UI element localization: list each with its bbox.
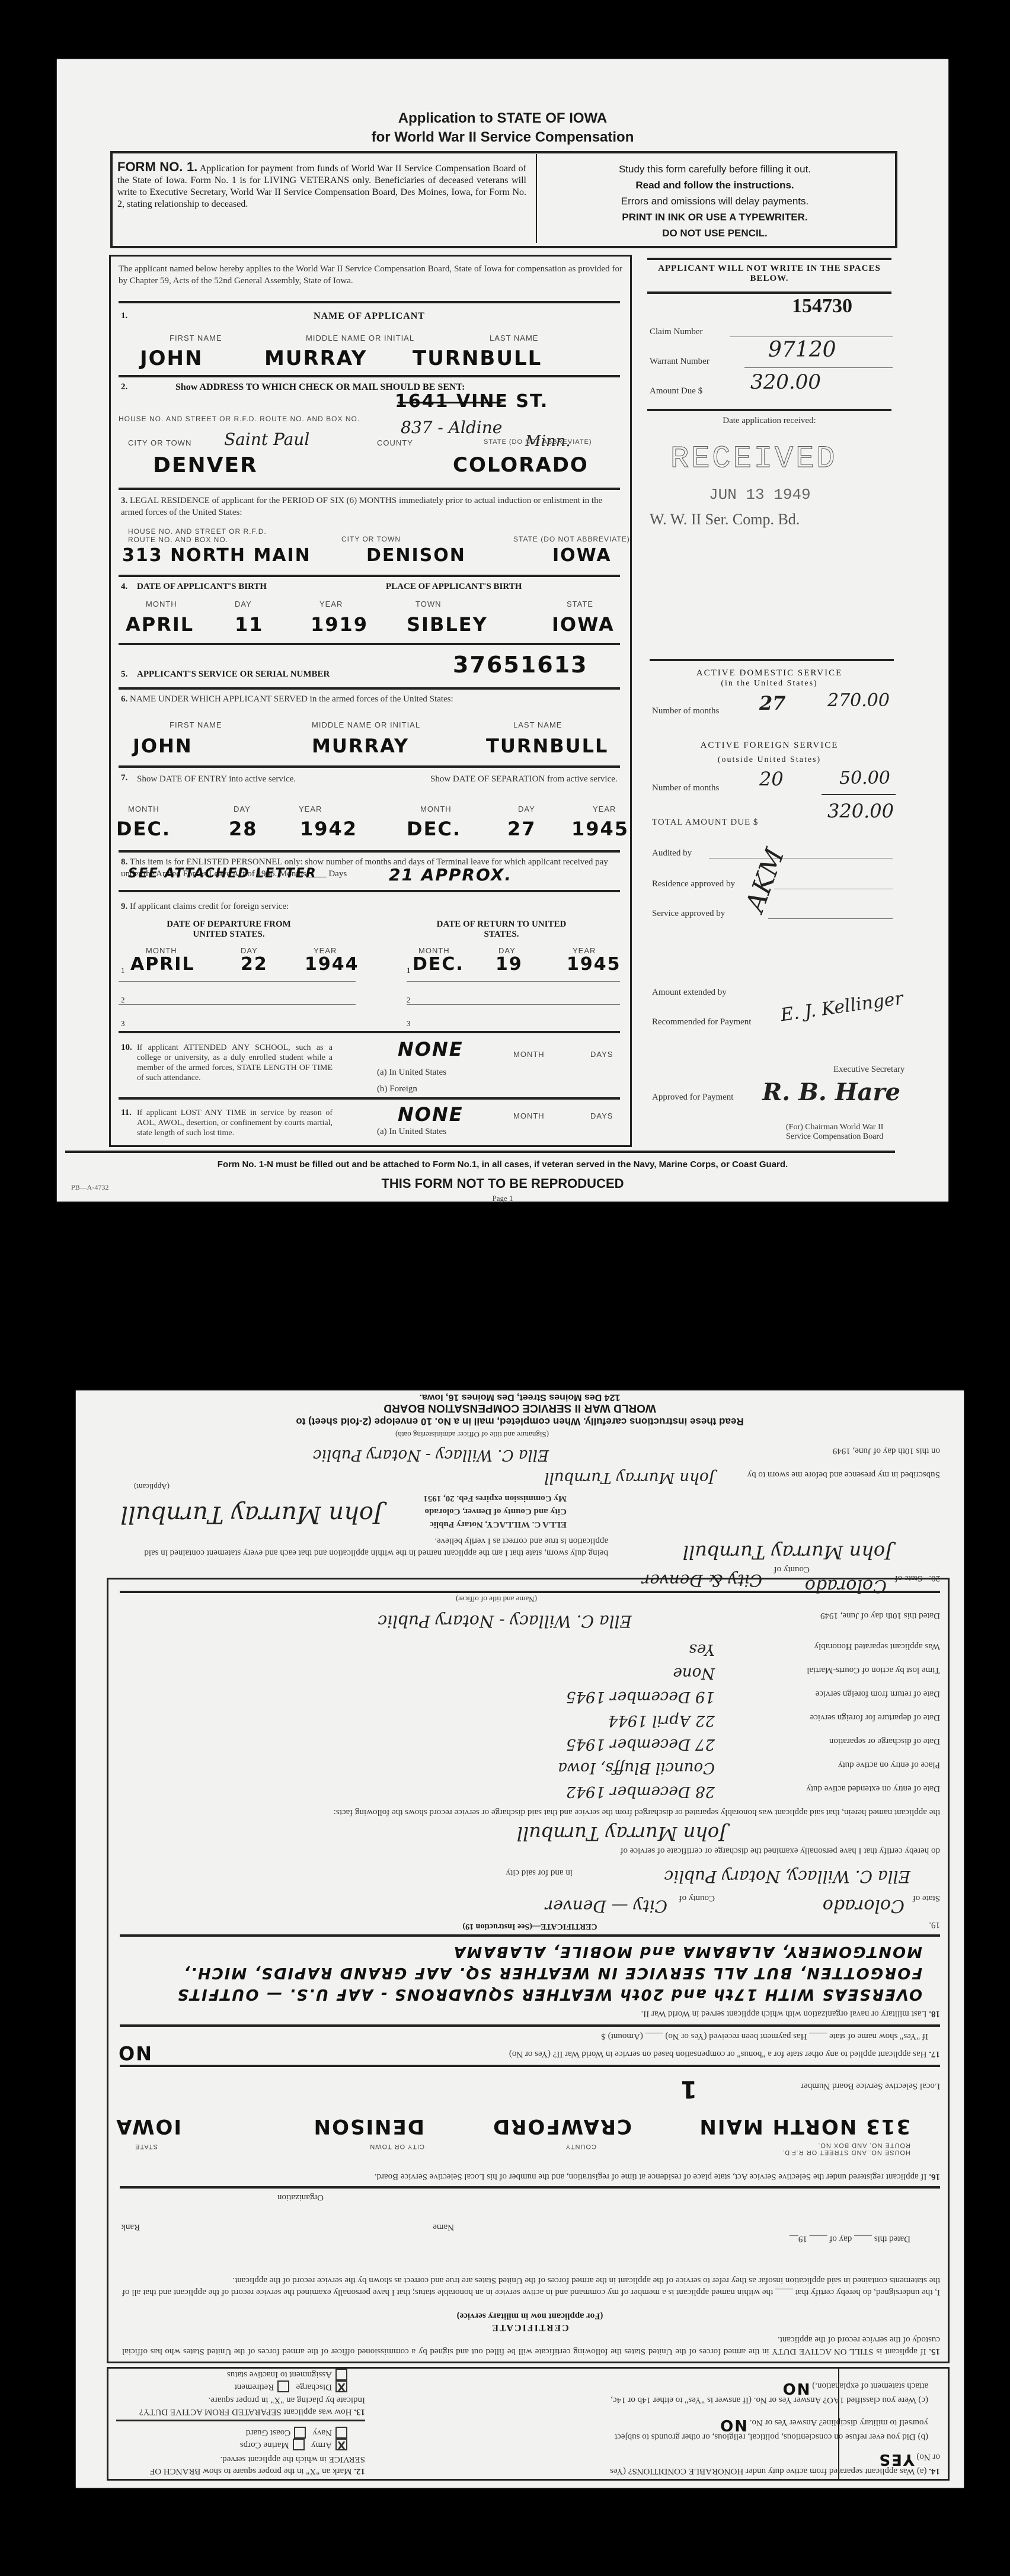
s19-dated: Dated this 10th day of June, 1949 [820,1610,940,1622]
section-14b: (b) Did you ever refuse on conscientious… [608,2417,928,2443]
branch-options: XArmy Marine Corps Navy Coast Guard [240,2427,347,2451]
divider [119,575,620,577]
section-heading: NAME OF APPLICANT [119,311,620,322]
instruction-line: Study this form carefully before filling… [543,161,887,177]
underline [774,889,893,889]
section-heading: NAME UNDER WHICH APPLICANT SERVED in the… [130,694,453,704]
s19-officer-signature: Ella C. Willacy - Notary Public [378,1611,632,1631]
total-label: TOTAL AMOUNT DUE $ [652,816,758,828]
form-number: FORM NO. 1. [117,159,197,174]
section-text: If applicant ATTENDED ANY SCHOOL, such a… [137,1043,333,1083]
field-label: TOWN [415,600,441,608]
section-text: If applicant is STILL ON ACTIVE DUTY in … [122,2335,940,2356]
other-state-value: NO [117,2042,152,2064]
fact-label: Date of return from foreign service [816,1689,940,1699]
section-number: 16. [929,2172,940,2181]
divider [647,291,891,294]
section-number: 2. [121,382,127,392]
received-stamp: RECEIVED [670,441,838,476]
fact-row: Date of return from foreign service19 De… [122,1676,940,1700]
fact-value: 19 December 1945 [566,1688,715,1706]
divider [119,1097,620,1100]
field-label: MONTH [128,805,159,813]
s20-state-value: Colorado [805,1575,887,1596]
field-label: State of [913,1892,940,1904]
divider [119,1031,620,1033]
separation-options: XDischarge Retirement Assignment to Inac… [227,2369,347,2393]
underline [119,981,356,982]
divider [119,687,620,690]
audited-label: Audited by [652,847,692,859]
field-label: LAST NAME [490,334,538,342]
applicant-signature: John Murray Turnbull [120,1501,383,1528]
birth-day: 11 [235,613,264,636]
section-heading: LEGAL RESIDENCE of applicant for the PER… [121,496,602,517]
field-label: COUNTY [565,2143,596,2150]
registration-state: IOWA [115,2114,181,2138]
organization-label: Organization [277,2191,324,2203]
departure-heading: DATE OF DEPARTURE FROM UNITED STATES. [152,919,306,940]
subscribed-name: John Murray Turnbull [544,1469,715,1486]
instruction-line: PRINT IN INK OR USE A TYPEWRITER. [543,209,887,225]
last-organization-value: OVERSEAS WITH 17th and 20th WEATHER SQUA… [122,1941,922,2005]
field-label: MIDDLE NAME OR INITIAL [306,334,414,342]
section-12: 12. Mark an "X" in the proper square to … [116,2453,365,2477]
total-value: 320.00 [827,800,894,822]
entry-year: 1942 [300,818,357,840]
service-first-name: JOHN [133,735,193,757]
subscribed-text: Subscribed in my presence and before me … [747,1469,940,1481]
section-number: 18. [929,2009,940,2018]
field-label: FIRST NAME [170,720,222,729]
s19-sig-label: (Name and title of officer) [456,1593,537,1605]
notary-line: ELLA C. WILLACY, Notary Public [423,1518,567,1531]
mail-instructions: Read these instructions carefully. When … [76,1415,964,1427]
section-number: 6. [121,694,127,704]
form-intro: FORM NO. 1. Application for payment from… [117,161,526,210]
navy-checkbox[interactable] [335,2427,347,2439]
return-month: DEC. [413,954,464,975]
cert-text: I, the undersigned, do hereby certify th… [122,2274,940,2298]
divider [119,850,620,853]
divider [120,2024,940,2027]
mail-city-value: DENVER [153,453,258,478]
divider [120,2065,940,2067]
field-label: HOUSE NO. AND STREET OR R.F.D. ROUTE NO.… [756,2142,910,2156]
divider [119,488,620,490]
divider [119,890,620,892]
first-name-value: JOHN [140,347,203,370]
divider [119,375,620,377]
divider [120,1934,940,1937]
departure-year: 1944 [305,954,359,975]
separation-year: 1945 [571,818,629,840]
fact-value: 28 December 1942 [566,1783,715,1800]
approved-signature: R. B. Hare [762,1078,900,1106]
section-number: 3. [121,496,127,505]
claim-number-value: 154730 [792,295,852,318]
divider [647,409,891,411]
field-label: HOUSE NO. AND STREET OR R.F.D. ROUTE NO.… [119,415,360,423]
serial-number: 37651613 [453,652,588,678]
fact-value: Yes [689,1641,715,1658]
army-checkbox[interactable]: X [335,2439,347,2450]
section-number: 5. [121,669,127,680]
field-label: (a) In United States [377,1126,446,1138]
section-number: 12. [354,2466,365,2476]
row-number: 2 [121,995,125,1005]
applicant-label: (Applicant) [134,1481,170,1492]
section-heading: APPLICANT'S SERVICE OR SERIAL NUMBER [137,669,330,680]
fact-row: Date of departure for foreign service22 … [122,1700,940,1723]
separation-heading: Show DATE OF SEPARATION from active serv… [430,773,620,785]
return-day: 19 [496,954,523,975]
fact-label: Was applicant separated Honorably [814,1642,940,1651]
footer-warning: THIS FORM NOT TO BE REPRODUCED [57,1176,948,1191]
board-number-value: 1 [679,2075,697,2103]
honorable-value: YES [878,2450,914,2468]
residence-label: Residence approved by [652,878,735,890]
field-label: HOUSE NO. AND STREET OR R.F.D. ROUTE NO.… [128,527,270,544]
field-label: CITY OR TOWN [369,2143,424,2150]
row-number: 3 [407,1019,411,1029]
field-label: CITY OR TOWN [341,535,401,543]
section-14a: 14. (a) Was applicant separated from act… [608,2451,940,2477]
form-title-line-1: Application to STATE OF IOWA [57,110,948,127]
legal-residence-state: IOWA [552,545,612,566]
field-label: LAST NAME [513,720,562,729]
s20-county-value: City & Denver [642,1571,762,1590]
section-text: (c) Were you classified 1AO? Answer Yes … [611,2381,928,2405]
mail-city-correction: Saint Paul [224,430,309,449]
mail-state-correction: Minn. [525,432,571,450]
divider [65,1151,895,1153]
classified-1ao-value: NO [782,2379,810,2397]
row-number: 1 [407,966,411,975]
fact-value: 27 December 1945 [566,1735,715,1753]
s19-officer: Ella C. Willacy, Notary Public [664,1867,910,1886]
section-6-heading: 6. NAME UNDER WHICH APPLICANT SERVED in … [121,693,619,705]
warrant-number-label: Warrant Number [650,355,709,367]
received-stamp-org: W. W. II Ser. Comp. Bd. [650,511,800,528]
divider [119,643,620,645]
section-15: 15. If applicant is STILL ON ACTIVE DUTY… [122,2334,940,2357]
header-divider [536,154,537,243]
terminal-leave-note: SEE ATTACHED LETTER [128,866,317,881]
form-code: PB—A-4732 [71,1183,108,1192]
terminal-leave-days: 21 APPROX. [389,865,512,885]
foreign-amount-value: 50.00 [839,768,890,789]
cert-sub: (For applicant now in military service) [110,2311,950,2321]
name-label: Name [433,2221,454,2233]
section-18: 18. Last military or naval organization … [641,2008,940,2020]
board-address: 124 Des Moines Street, Des Moines 16, Io… [76,1392,964,1402]
field-label: MIDDLE NAME OR INITIAL [312,720,420,729]
field-label: DAY [234,805,251,813]
foreign-months-value: 20 [759,768,784,790]
cert-heading: CERTIFICATE [110,2322,950,2333]
inactive-status-checkbox[interactable] [335,2369,347,2380]
page-number: Page 1 [57,1194,948,1203]
field-label: (b) Foreign [377,1083,417,1095]
section-13: 13. How was applicant SEPARATED FROM ACT… [116,2394,365,2418]
section-14c: (c) Were you classified 1AO? Answer Yes … [608,2380,928,2406]
section-text: If applicant registered under the Select… [375,2172,927,2181]
field-label: County of [774,1563,810,1575]
section-number: 9. [121,902,127,911]
service-facts-list: Date of entry on extended active duty28 … [122,1629,940,1795]
middle-name-value: MURRAY [264,347,367,370]
fact-label: Time lost by action of Courts-Martial [807,1665,940,1675]
field-label: MONTH [146,600,177,608]
field-label: State of [895,1572,922,1584]
row-number: 2 [407,995,411,1005]
entry-heading: Show DATE OF ENTRY into active service. [137,773,315,785]
amount-extended-label: Amount extended by [652,986,727,998]
section-number: 15. [929,2347,940,2356]
underline [709,858,893,858]
departure-day: 22 [241,954,268,975]
exec-sec-label: Executive Secretary [833,1063,904,1075]
birth-month: APRIL [126,613,194,636]
notary-seal-block: ELLA C. WILLACY, Notary Public City and … [423,1492,567,1531]
section-16: 16. If applicant registered under the Se… [122,2171,940,2183]
entry-month: DEC. [116,818,171,840]
section-heading: If applicant claims credit for foreign s… [130,902,289,911]
divider [119,765,620,768]
option-label: Retirement [235,2382,274,2392]
certify-text: the applicant named herein, that said ap… [122,1806,940,1818]
s19-heading: CERTIFICATE—(See Instruction 19) [110,1921,950,1931]
field-label: County of [679,1892,715,1904]
birth-state: IOWA [552,613,615,636]
row-number: 1 [121,966,125,975]
recommended-signature: E. J. Kellinger [779,988,904,1026]
section-number: 11. [121,1108,132,1118]
row-number: 3 [121,1019,125,1029]
oath-date: on this 10th day of June, 1949 [833,1445,940,1457]
domestic-amount-value: 270.00 [827,690,890,711]
warrant-number-value: 97120 [768,338,836,362]
service-approved-label: Service approved by [652,908,725,919]
domestic-months-label: Number of months [652,705,719,717]
s19-state-value: Colorado [823,1895,904,1916]
section-heading: DATE OF APPLICANT'S BIRTH [137,582,267,592]
section-number: 13. [354,2407,365,2417]
foreign-months-label: Number of months [652,782,719,794]
board-name: WORLD WAR II SERVICE COMPENSATION BOARD [76,1401,964,1414]
fact-label: Date of entry on extended active duty [806,1784,940,1793]
separation-day: 27 [507,818,536,840]
field-label: FIRST NAME [170,334,222,342]
field-label: STATE [567,600,593,608]
underline [744,367,893,368]
mail-street-correction: 837 - Aldine [401,418,502,437]
section-17: 17. Has applicant applied to any other s… [181,2048,940,2060]
initials-signature: AKM [740,844,790,916]
field-label: CITY OR TOWN [128,438,191,447]
document-page-1: Application to STATE OF IOWA for World W… [57,59,948,1202]
rank-label: Rank [121,2221,140,2233]
retirement-checkbox[interactable] [277,2380,289,2392]
document-page-2-upside-down: 12. Mark an "X" in the proper square to … [76,1390,964,2488]
divider [650,659,894,661]
coast-guard-checkbox[interactable] [294,2427,306,2439]
divider [120,2186,940,2189]
underline [119,1004,356,1005]
departure-month: APRIL [130,954,195,975]
option-label: Coast Guard [246,2428,290,2437]
other-state-detail: If "Yes" show name of state ____ Has pay… [601,2030,928,2042]
underline [407,981,620,982]
sum-line [822,794,896,795]
s19-county-value: City — Denver [545,1896,667,1916]
field-label: YEAR [319,600,343,608]
discharge-checkbox[interactable]: X [335,2380,347,2392]
approved-label: Approved for Payment [652,1091,733,1103]
notary-line: City and County of Denver, Colorado [423,1505,567,1518]
foreign-heading: ACTIVE FOREIGN SERVICE [647,741,891,751]
return-heading: DATE OF RETURN TO UNITED STATES. [427,919,576,940]
field-label: (a) In United States [377,1066,446,1078]
recommended-label: Recommended for Payment [652,1016,751,1028]
notary-line: My Commission expires Feb. 20, 1951 [423,1492,567,1505]
field-label: YEAR [593,805,616,813]
underline [768,918,893,919]
claim-number-label: Claim Number [650,326,703,338]
amount-due-label: Amount Due $ [650,385,702,397]
section-9-heading: 9. If applicant claims credit for foreig… [121,901,289,912]
field-label: STATE [135,2143,158,2150]
section-3-heading: 3. LEGAL RESIDENCE of applicant for the … [121,495,619,518]
section-number: 14. [929,2466,940,2476]
fact-value: Council Bluffs, Iowa [558,1759,715,1777]
domestic-months-value: 27 [759,692,786,715]
legal-residence-street: 313 NORTH MAIN [122,545,311,566]
fact-label: Place of entry on active duty [838,1760,940,1770]
domestic-heading: ACTIVE DOMESTIC SERVICE [647,668,891,678]
lost-time-value: NONE [398,1103,464,1126]
underline [407,1004,620,1005]
field-label: MONTH [513,1111,545,1120]
entry-day: 28 [229,818,258,840]
certify-text: do hereby certify that I have personally… [122,1845,940,1857]
marine-corps-checkbox[interactable] [293,2439,305,2450]
separation-month: DEC. [407,818,461,840]
service-middle-name: MURRAY [312,735,409,757]
field-label: MONTH [513,1050,545,1059]
divider [119,301,620,303]
foreign-sub: (outside United States) [647,755,891,765]
field-label: DAY [235,600,252,608]
board-number-label: Local Selective Service Board Number [801,2080,940,2092]
section-text: How was applicant SEPARATED FROM ACTIVE … [139,2395,365,2417]
option-label: Marine Corps [240,2440,289,2450]
field-label: MONTH [420,805,452,813]
underline [730,337,893,337]
amount-due-value: 320.00 [750,370,821,394]
chairman-label: (For) Chairman World War II Service Comp… [786,1123,899,1142]
fact-row: Time lost by action of Courts-MartialNon… [122,1652,940,1676]
field-label: in and for said city [506,1867,573,1879]
refused-value: NO [719,2416,747,2434]
return-year: 1945 [567,954,621,975]
birth-town: SIBLEY [407,613,488,636]
section-number: 4. [121,582,127,592]
oath-officer-label: (Signature and title of Officer administ… [395,1428,549,1440]
option-label: Discharge [296,2382,332,2392]
divider [116,2420,365,2421]
field-label: COUNTY [377,438,413,447]
fact-label: Date of departure for foreign service [810,1713,940,1722]
received-stamp-date: JUN 13 1949 [709,486,811,504]
school-value: NONE [398,1038,464,1060]
registration-street: 313 NORTH MAIN [698,2114,910,2138]
option-label: Army [311,2440,332,2450]
s20-oath: being duly sworn, state that I am the ap… [122,1535,608,1559]
section-number: 17. [929,2049,940,2059]
instruction-line: DO NOT USE PENCIL. [543,225,887,241]
field-label: STATE (DO NOT ABBREVIATE) [513,535,630,543]
field-label: YEAR [299,805,322,813]
mail-state-value: COLORADO [453,453,589,477]
registration-county: CRAWFORD [492,2114,632,2138]
fact-row: Date of discharge or separation27 Decemb… [122,1723,940,1747]
oath-officer-signature: Ella C. Willacy - Notary Public [313,1446,549,1464]
cert-dated: Dated this ____ day of ____ 19__ [790,2233,910,2245]
fact-label: Date of discharge or separation [829,1736,940,1746]
section-number: 7. [121,773,127,783]
instructions-block: Study this form carefully before filling… [543,161,887,241]
fact-row: Place of entry on active dutyCouncil Blu… [122,1747,940,1771]
s19-veteran-name: John Murray Turnbull [517,1822,727,1845]
fact-value: 22 April 1944 [608,1712,715,1729]
footer-note: Form No. 1-N must be filled out and be a… [57,1159,948,1170]
field-label: DAYS [590,1111,613,1120]
fact-row: Was applicant separated HonorablyYes [122,1629,940,1652]
preamble: The applicant named below hereby applies… [119,263,622,287]
field-label: DAYS [590,1050,613,1059]
section-text: Last military or naval organization with… [641,2009,926,2018]
section-text: Has applicant applied to any other state… [509,2049,927,2059]
legal-residence-city: DENISON [366,545,466,566]
section-text: Mark an "X" in the proper square to show… [150,2455,365,2476]
section-text: If applicant LOST ANY TIME in service by… [137,1108,333,1138]
service-last-name: TURNBULL [486,735,608,757]
fact-value: None [673,1664,715,1682]
option-label: Navy [313,2428,333,2437]
date-received-label: Date application received: [647,415,891,427]
strikethrough [398,402,501,403]
section-number: 20. [929,1572,940,1584]
instruction-line: Read and follow the instructions. [543,177,887,193]
option-label: Assignment to Inactive status [227,2370,332,2379]
office-use-heading: APPLICANT WILL NOT WRITE IN THE SPACES B… [647,264,891,284]
domestic-sub: (in the United States) [647,679,891,688]
birth-year: 1919 [311,613,368,636]
section-text: (b) Did you ever refuse on conscientious… [615,2418,928,2442]
field-label: DAY [518,805,535,813]
divider [647,258,891,260]
registration-city: DENISON [313,2114,424,2138]
fact-row: Date of entry on extended active duty28 … [122,1771,940,1795]
instruction-line: Errors and omissions will delay payments… [543,193,887,209]
last-name-value: TURNBULL [413,347,542,370]
section-heading: PLACE OF APPLICANT'S BIRTH [386,582,522,592]
section-number: 10. [121,1043,132,1053]
section-number: 8. [121,857,127,867]
form-title-line-2: for World War II Service Compensation [57,129,948,146]
